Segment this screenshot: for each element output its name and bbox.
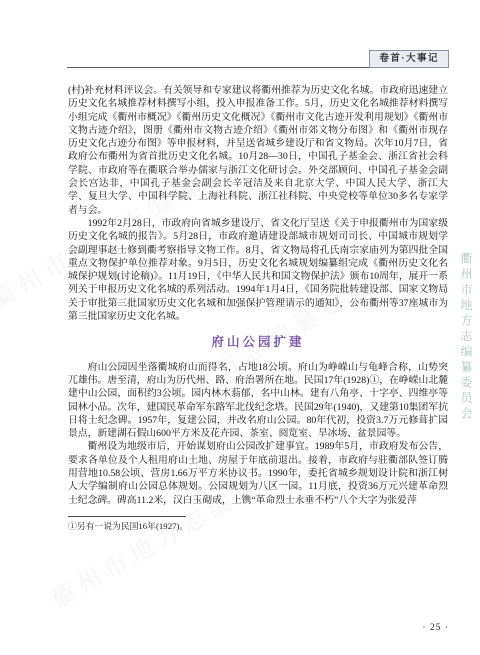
body-paragraph: (村)补充材料评议会。有关领导和专家建议将衢州推荐为历史文化名城。市政府迅速建立… bbox=[68, 84, 448, 217]
footnote-area: ①另有一说为民国16年(1927)。 bbox=[68, 516, 448, 532]
body-paragraph: 府山公园因坐落衢城府山而得名，占地18公顷。府山为峥嵘山与龟峰合称，山势突兀雄伟… bbox=[68, 361, 448, 441]
page-number: · 25 · bbox=[422, 623, 449, 633]
body-paragraph: 1992年2月28日，市政府向省城乡建设厅、省文化厅呈送《关于申报衢州市为国家级… bbox=[68, 217, 448, 323]
body-paragraph: 衢州设为地级市后，开始谋划府山公园改扩建事宜。1989年5月，市政府发布公告，要… bbox=[68, 440, 448, 506]
page-header: 卷首·大事记 bbox=[67, 49, 449, 68]
page-content: (村)补充材料评议会。有关领导和专家建议将衢州推荐为历史文化名城。市政府迅速建立… bbox=[68, 84, 448, 532]
header-section-tab: 卷首·大事记 bbox=[369, 50, 449, 68]
footnote-separator bbox=[68, 516, 186, 517]
book-page: 衢州市地方志编纂委员会 衢州市地方志编纂委员会 衢州市地方志编纂委员会 衢州市地… bbox=[0, 0, 480, 655]
vertical-edge-watermark: 衢州市地方志编纂委员会 bbox=[458, 252, 475, 423]
section-heading: 府山公园扩建 bbox=[68, 336, 448, 349]
footnote-text: ①另有一说为民国16年(1927)。 bbox=[68, 520, 448, 532]
